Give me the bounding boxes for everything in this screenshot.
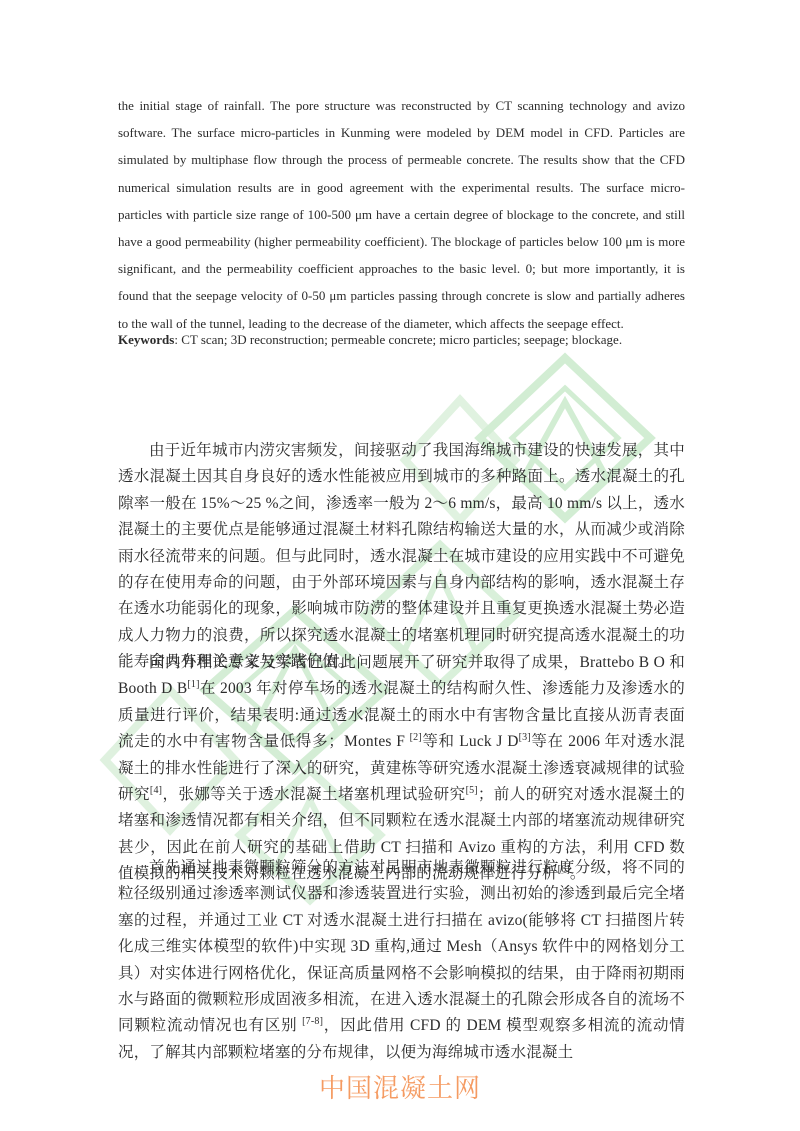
keywords-text: : CT scan; 3D reconstruction; permeable … [174, 332, 622, 347]
body-paragraph-1: 由于近年城市内涝灾害频发，间接驱动了我国海绵城市建设的快速发展，其中透水混凝土因… [118, 438, 685, 676]
abstract-paragraph: the initial stage of rainfall. The pore … [118, 92, 685, 337]
body-paragraph-2: 国内外相关专家及学者已对此问题展开了研究并取得了成果，Brattebo B O … [118, 650, 685, 888]
keywords-line: Keywords: CT scan; 3D reconstruction; pe… [118, 330, 685, 350]
footer-site-name: 中国混凝土网 [0, 1068, 800, 1105]
keywords-label: Keywords [118, 332, 174, 347]
document-page: the initial stage of rainfall. The pore … [0, 0, 800, 1131]
body-paragraph-3: 首先通过地表微颗粒筛分的方法对昆明市地表微颗粒进行粒度分级，将不同的粒径级别通过… [118, 855, 685, 1066]
